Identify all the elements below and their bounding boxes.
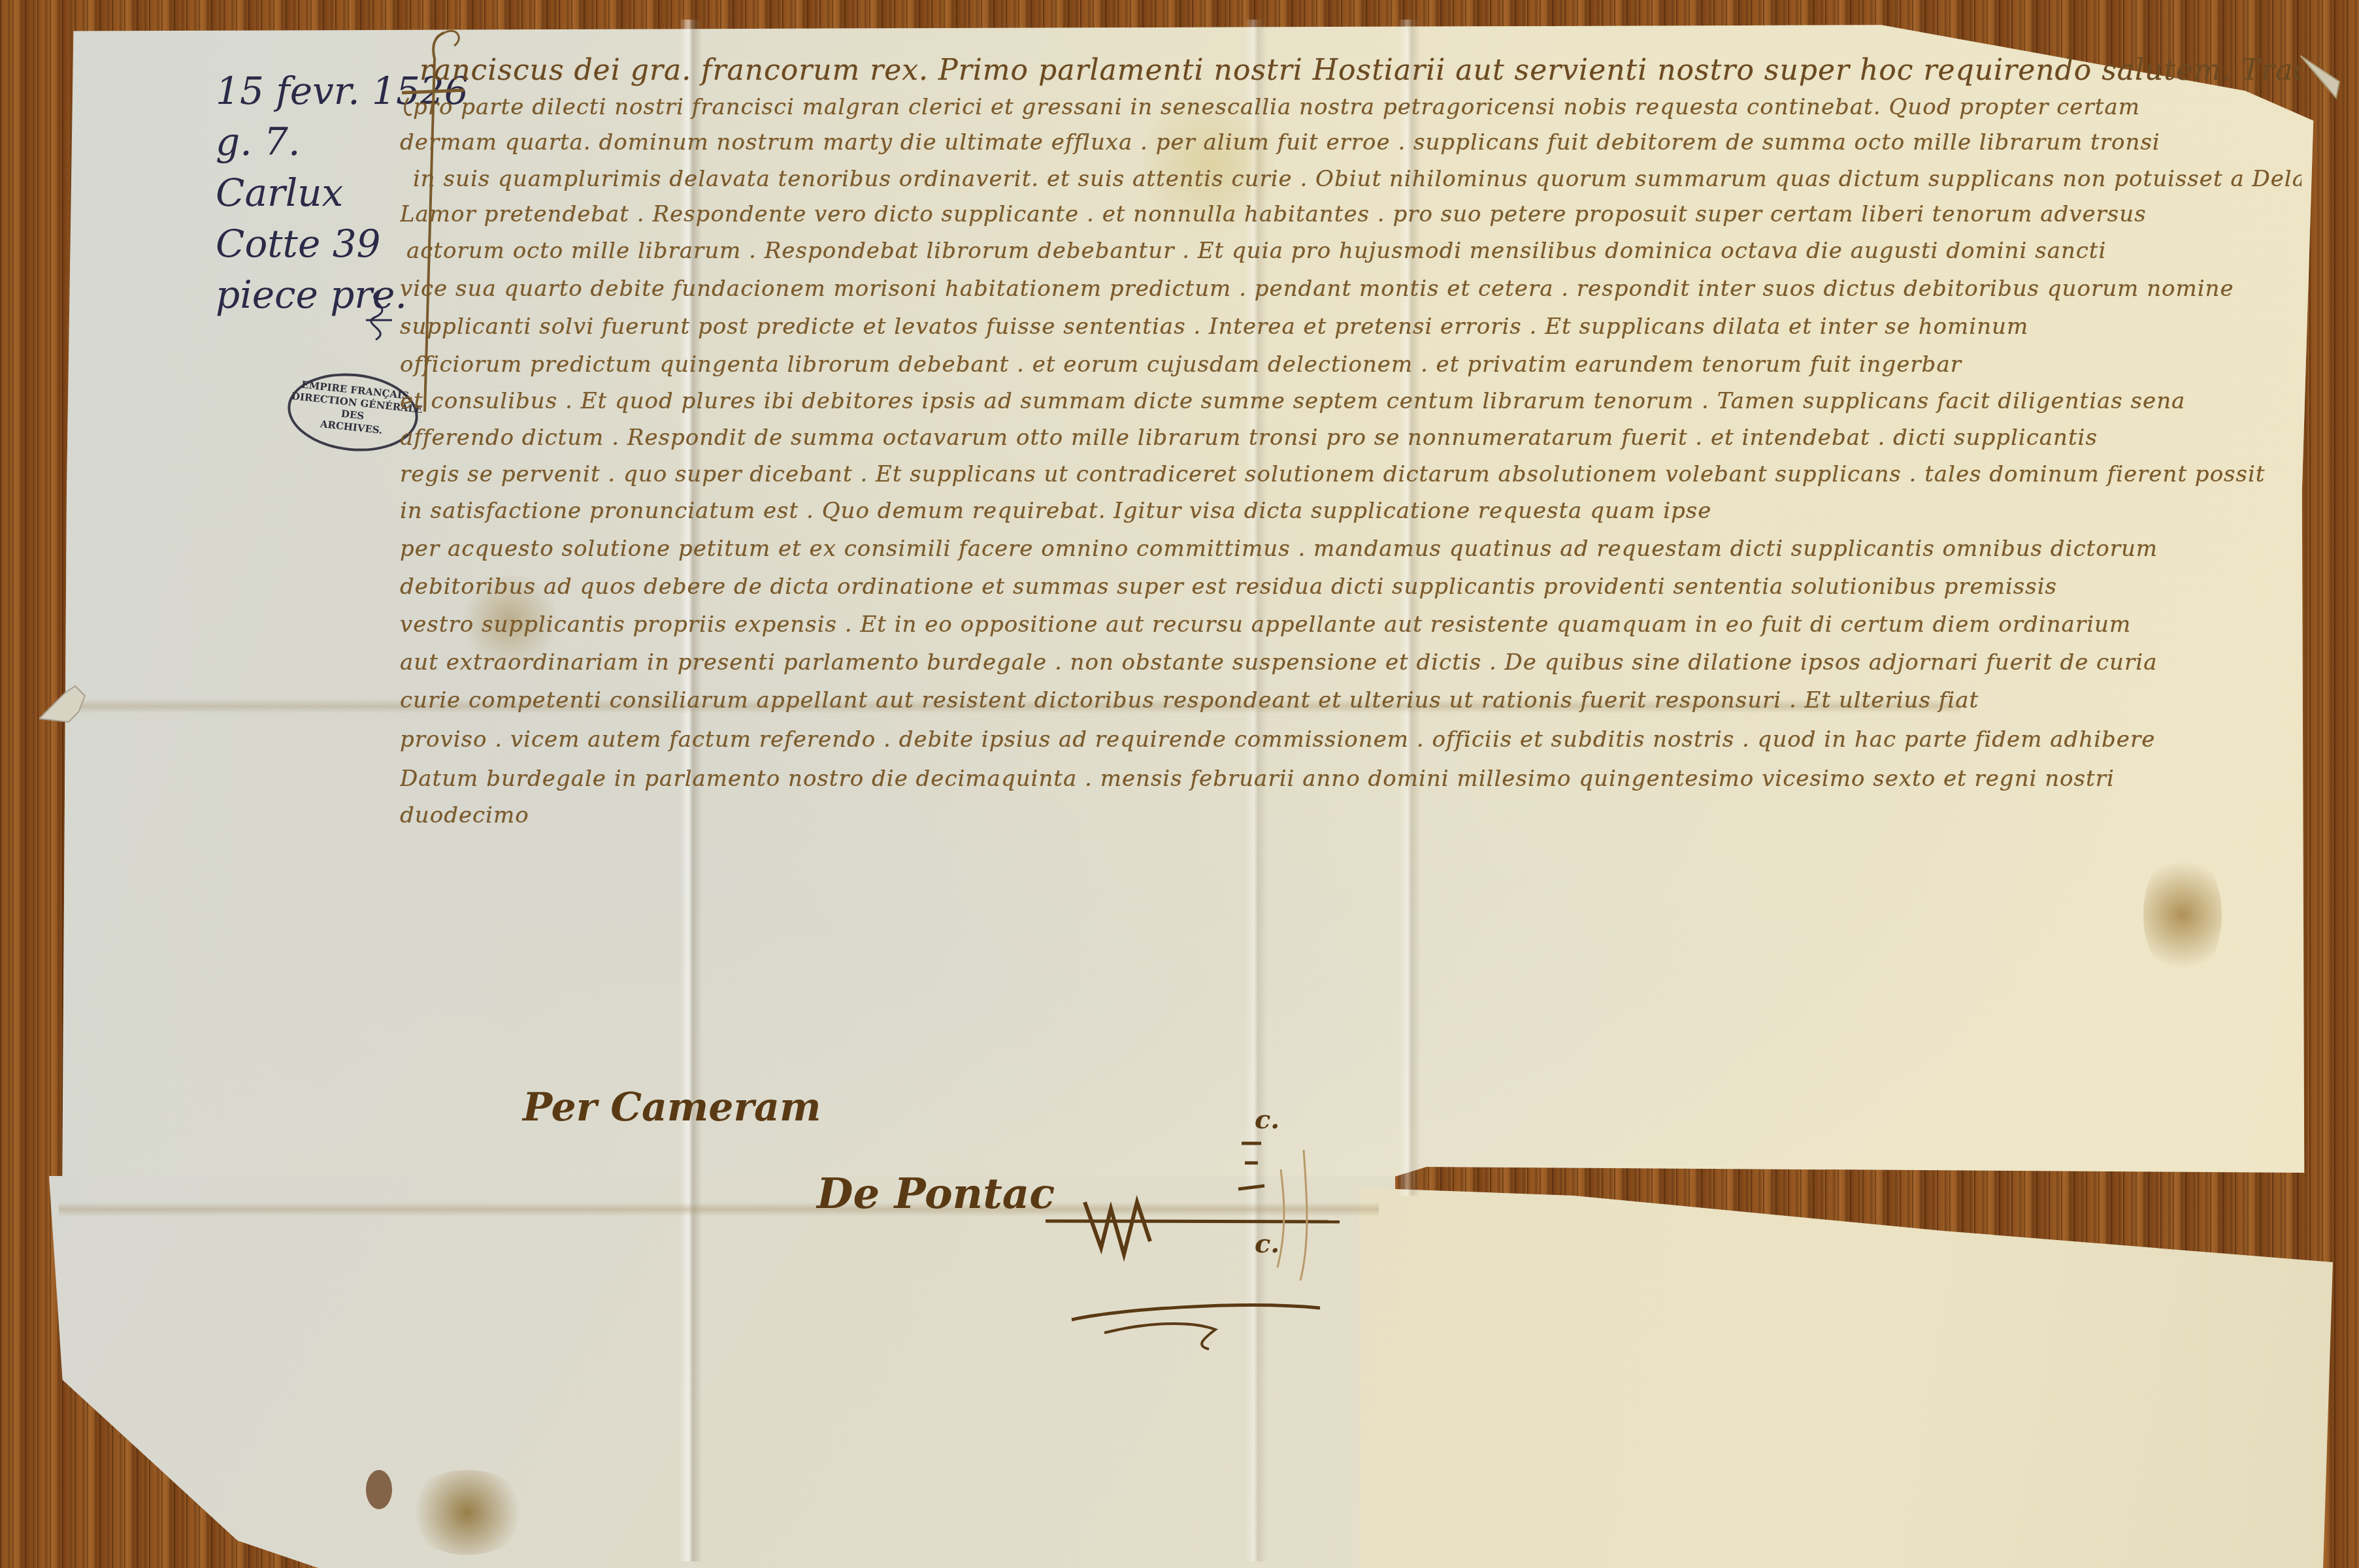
- margin-note-ref: g. 7.: [216, 116, 412, 167]
- body-line-9: officiorum predictum quingenta librorum …: [400, 351, 2295, 378]
- body-line-5: Lamor pretendebat . Respondente vero dic…: [400, 201, 2295, 227]
- per-cameram-signature: Per Cameram: [523, 1085, 821, 1130]
- folded-corner: [2300, 56, 2346, 101]
- body-line-6: actorum octo mille librarum . Respondeba…: [406, 238, 2295, 264]
- body-line-17: aut extraordinariam in presenti parlamen…: [400, 649, 2295, 676]
- archival-margin-note: 15 fevr. 1526 g. 7. Carlux Cotte 39 piec…: [216, 65, 412, 320]
- clerk-signature: De Pontac: [817, 1169, 1055, 1218]
- body-line-21: duodecimo: [400, 802, 661, 828]
- body-line-12: regis se pervenit . quo super dicebant .…: [400, 461, 2295, 487]
- margin-note-date: 15 fevr. 1526: [216, 65, 412, 116]
- parchment-lower-right-flap: [1359, 1176, 2333, 1568]
- signature-flourish: [1046, 1124, 1346, 1359]
- body-line-2: pro parte dilecti nostri francisci malgr…: [413, 94, 2295, 120]
- body-line-7: vice sua quarto debite fundacionem moris…: [400, 276, 2295, 302]
- body-line-8: supplicanti solvi fuerunt post predicte …: [400, 314, 2295, 340]
- body-line-16: vestro supplicantis propriis expensis . …: [400, 612, 2295, 638]
- body-line-3: dermam quarta. dominum nostrum marty die…: [400, 129, 2295, 155]
- body-line-11: afferendo dictum . Respondit de summa oc…: [400, 425, 2295, 451]
- body-line-1: ranciscus dei gra. francorum rex. Primo …: [420, 54, 2301, 87]
- margin-note-place: Carlux: [216, 167, 412, 218]
- collation-mark: c.: [1255, 1104, 1279, 1135]
- body-line-19: proviso . vicem autem factum referendo .…: [400, 727, 2295, 753]
- paraph-flourish: [356, 287, 402, 346]
- body-line-4: in suis quamplurimis delavata tenoribus …: [413, 166, 2301, 192]
- collation-mark: c.: [1255, 1228, 1279, 1259]
- document-photo: 15 fevr. 1526 g. 7. Carlux Cotte 39 piec…: [0, 0, 2359, 1568]
- body-line-14: per acquesto solutione petitum et ex con…: [400, 536, 2295, 562]
- margin-note-cote: Cotte 39: [216, 218, 412, 269]
- body-line-13: in satisfactione pronunciatum est . Quo …: [400, 498, 2295, 524]
- body-line-18: curie competenti consiliarum appellant a…: [400, 687, 2295, 713]
- binding-string: [39, 666, 91, 732]
- body-line-15: debitoribus ad quos debere de dicta ordi…: [400, 574, 2295, 600]
- body-line-20: Datum burdegale in parlamento nostro die…: [400, 766, 2295, 792]
- body-line-10: et consulibus . Et quod plures ibi debit…: [400, 388, 2295, 414]
